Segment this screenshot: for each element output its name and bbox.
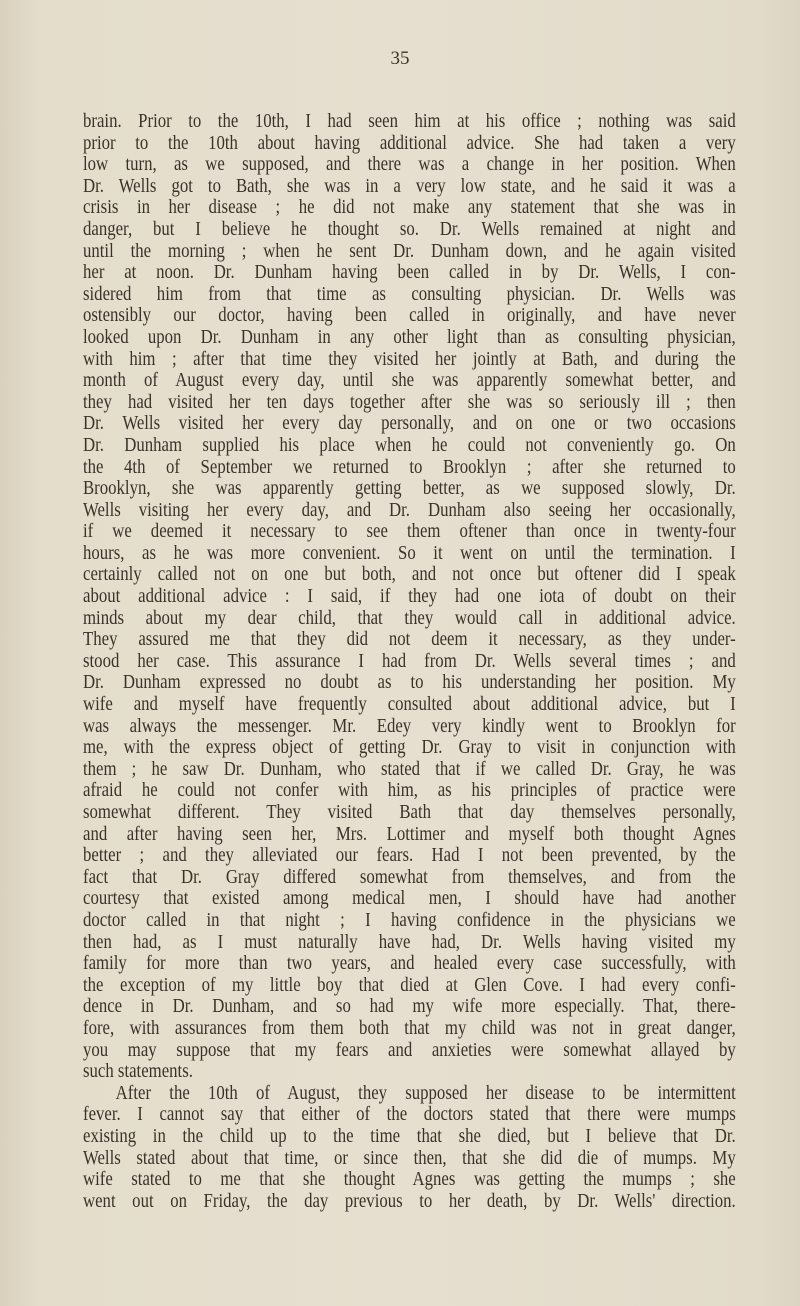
text-line: Dr. Wells got to Bath, she was in a very…	[83, 176, 736, 198]
text-line: they had visited her ten days together a…	[83, 392, 736, 414]
text-line: Wells visiting her every day, and Dr. Du…	[83, 500, 736, 522]
text-line: sidered him from that time as consulting…	[83, 284, 736, 306]
text-line: and after having seen her, Mrs. Lottimer…	[83, 824, 736, 846]
text-line: Dr. Dunham supplied his place when he co…	[83, 435, 736, 457]
text-line: me, with the express object of getting D…	[83, 737, 736, 759]
text-line: fact that Dr. Gray differed somewhat fro…	[83, 867, 736, 889]
text-line: went out on Friday, the day previous to …	[83, 1191, 736, 1213]
text-line: doctor called in that night ; I having c…	[83, 910, 736, 932]
text-line: dence in Dr. Dunham, and so had my wife …	[83, 996, 736, 1018]
text-line: until the morning ; when he sent Dr. Dun…	[83, 241, 736, 263]
text-line: somewhat different. They visited Bath th…	[83, 802, 736, 824]
text-line: Dr. Dunham expressed no doubt as to his …	[83, 672, 736, 694]
text-line: They assured me that they did not deem i…	[83, 629, 736, 651]
text-line: such statements.	[83, 1061, 736, 1083]
text-line: prior to the 10th about having additiona…	[83, 133, 736, 155]
text-line: crisis in her disease ; he did not make …	[83, 197, 736, 219]
text-line: afraid he could not confer with him, as …	[83, 780, 736, 802]
body-text: brain. Prior to the 10th, I had seen him…	[83, 111, 736, 1212]
text-line: existing in the child up to the time tha…	[83, 1126, 736, 1148]
text-line: Dr. Wells visited her every day personal…	[83, 413, 736, 435]
text-line: fever. I cannot say that either of the d…	[83, 1104, 736, 1126]
text-line: them ; he saw Dr. Dunham, who stated tha…	[83, 759, 736, 781]
text-line: if we deemed it necessary to see them of…	[83, 521, 736, 543]
text-line: better ; and they alleviated our fears. …	[83, 845, 736, 867]
text-line: then had, as I must naturally have had, …	[83, 932, 736, 954]
text-line: month of August every day, until she was…	[83, 370, 736, 392]
text-line: about additional advice : I said, if the…	[83, 586, 736, 608]
text-line: hours, as he was more convenient. So it …	[83, 543, 736, 565]
text-line: After the 10th of August, they supposed …	[83, 1083, 736, 1105]
text-line: was always the messenger. Mr. Edey very …	[83, 716, 736, 738]
text-line: low turn, as we supposed, and there was …	[83, 154, 736, 176]
text-line: family for more than two years, and heal…	[83, 953, 736, 975]
text-line: the exception of my little boy that died…	[83, 975, 736, 997]
text-line: courtesy that existed among medical men,…	[83, 888, 736, 910]
text-line: ostensibly our doctor, having been calle…	[83, 305, 736, 327]
text-line: Wells stated about that time, or since t…	[83, 1148, 736, 1170]
text-line: the 4th of September we returned to Broo…	[83, 457, 736, 479]
text-line: certainly called not on one but both, an…	[83, 564, 736, 586]
text-line: stood her case. This assurance I had fro…	[83, 651, 736, 673]
text-line: with him ; after that time they visited …	[83, 349, 736, 371]
text-line: fore, with assurances from them both tha…	[83, 1018, 736, 1040]
text-line: looked upon Dr. Dunham in any other ligh…	[83, 327, 736, 349]
text-line: minds about my dear child, that they wou…	[83, 608, 736, 630]
text-line: Brooklyn, she was apparently getting bet…	[83, 478, 736, 500]
text-line: you may suppose that my fears and anxiet…	[83, 1040, 736, 1062]
text-line: wife stated to me that she thought Agnes…	[83, 1169, 736, 1191]
text-line: danger, but I believe he thought so. Dr.…	[83, 219, 736, 241]
text-line: brain. Prior to the 10th, I had seen him…	[83, 111, 736, 133]
text-line: her at noon. Dr. Dunham having been call…	[83, 262, 736, 284]
text-line: wife and myself have frequently consulte…	[83, 694, 736, 716]
page-number: 35	[0, 48, 800, 70]
